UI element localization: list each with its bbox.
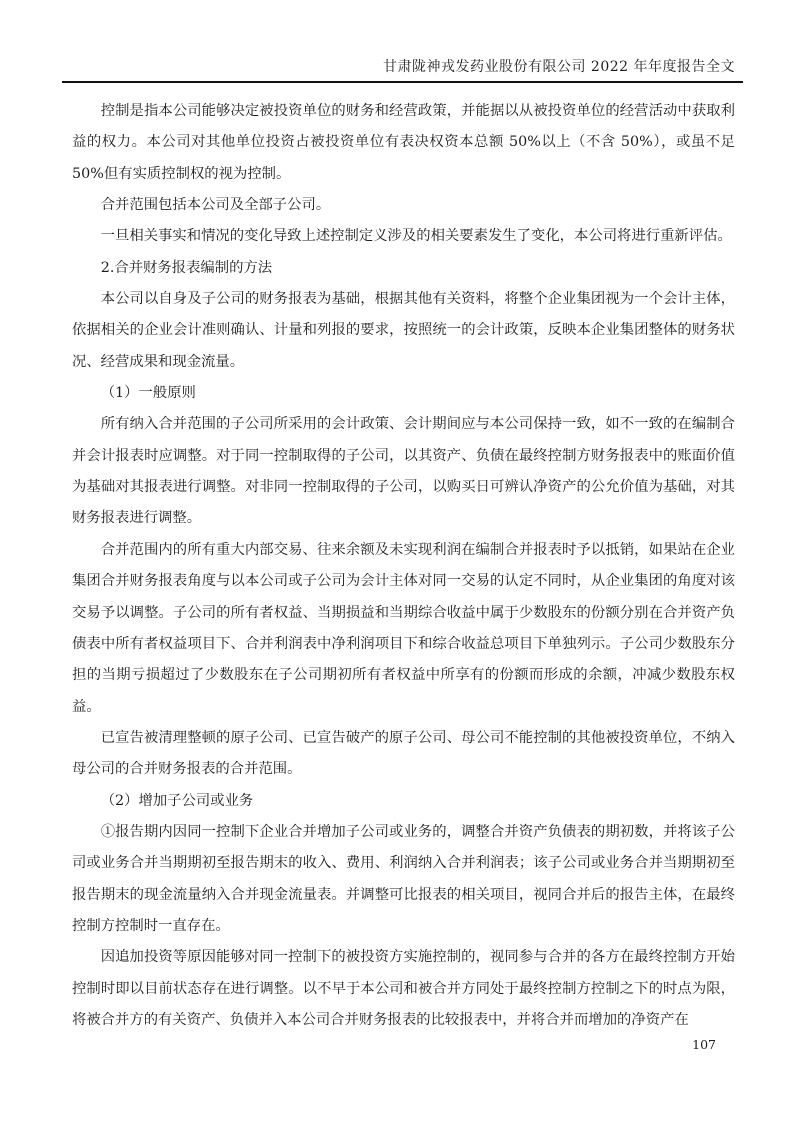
header-rule	[62, 81, 743, 83]
paragraph: 合并范围内的所有重大内部交易、往来余额及未实现利润在编制合并报表时予以抵销，如果…	[72, 535, 735, 723]
paragraph: 已宣告被清理整顿的原子公司、已宣告破产的原子公司、母公司不能控制的其他被投资单位…	[72, 723, 735, 786]
report-page: 甘肃陇神戎发药业股份有限公司 2022 年年度报告全文 控制是指本公司能够决定被…	[0, 0, 793, 1122]
paragraph: 因追加投资等原因能够对同一控制下的被投资方实施控制的，视同参与合并的各方在最终控…	[72, 942, 735, 1036]
paragraph: 一旦相关事实和情况的变化导致上述控制定义涉及的相关要素发生了变化，本公司将进行重…	[72, 221, 735, 252]
page-footer: 107	[62, 1037, 716, 1052]
paragraph: 本公司以自身及子公司的财务报表为基础，根据其他有关资料，将整个企业集团视为一个会…	[72, 284, 735, 378]
page-number: 107	[692, 1037, 716, 1052]
paragraph: （2）增加子公司或业务	[72, 786, 735, 817]
paragraph: 2.合并财务报表编制的方法	[72, 253, 735, 284]
paragraph: ①报告期内因同一控制下企业合并增加子公司或业务的，调整合并资产负债表的期初数，并…	[72, 817, 735, 942]
paragraph: 控制是指本公司能够决定被投资单位的财务和经营政策，并能据以从被投资单位的经营活动…	[72, 96, 735, 190]
page-header: 甘肃陇神戎发药业股份有限公司 2022 年年度报告全文	[62, 56, 735, 76]
header-title: 甘肃陇神戎发药业股份有限公司 2022 年年度报告全文	[383, 59, 735, 75]
paragraph: 合并范围包括本公司及全部子公司。	[72, 190, 735, 221]
paragraph: 所有纳入合并范围的子公司所采用的会计政策、会计期间应与本公司保持一致，如不一致的…	[72, 409, 735, 534]
paragraph: （1）一般原则	[72, 378, 735, 409]
document-body: 控制是指本公司能够决定被投资单位的财务和经营政策，并能据以从被投资单位的经营活动…	[72, 96, 735, 1036]
